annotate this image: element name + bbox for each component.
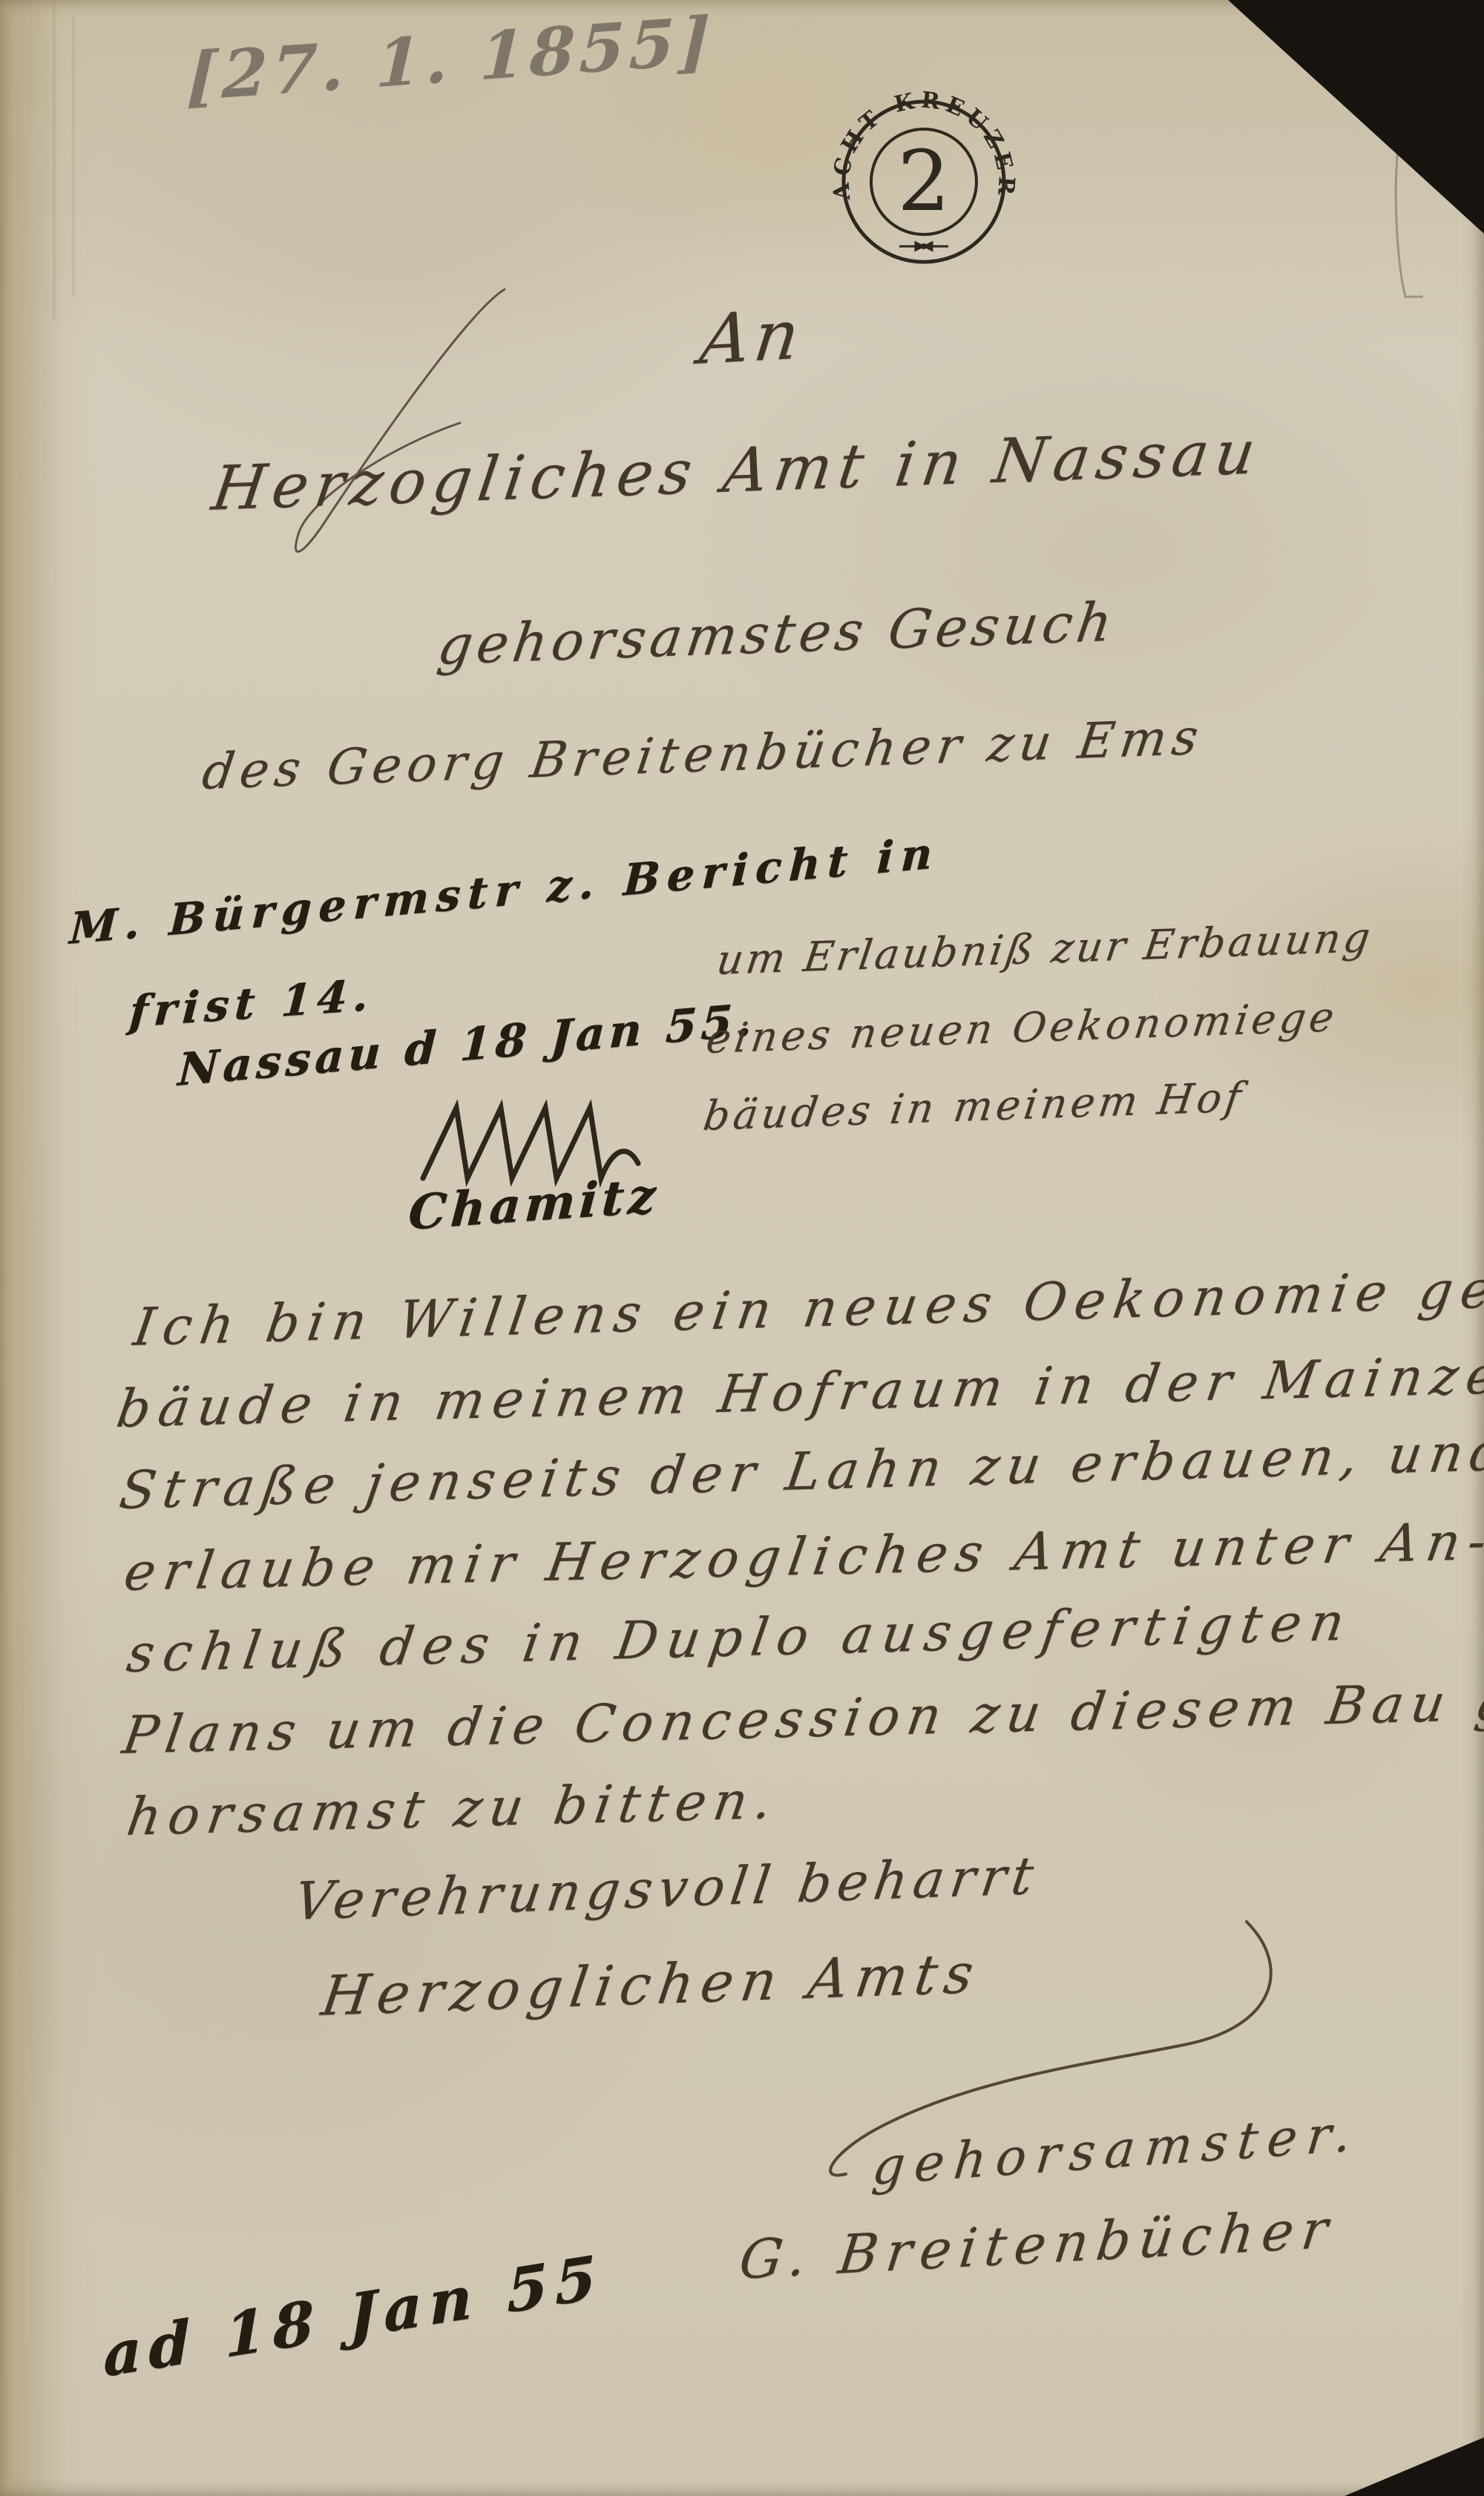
fee-stamp: ACHT KREUZER 2 (835, 93, 1012, 270)
stamp-ornament-icon (899, 243, 948, 250)
registry-note: ad 18 Jan 55 (102, 2241, 603, 2391)
paper-crease (73, 15, 74, 297)
letter-flourish (282, 267, 549, 579)
subject-line-1: gehorsamstes Gesuch (434, 591, 1120, 677)
marginal-note-line-2: frist 14. (128, 969, 375, 1037)
corner-fold-crease (1380, 141, 1425, 312)
petition-line-2: eines neuen Oekonomiege (703, 993, 1341, 1063)
subject-line-2: des Georg Breitenbücher zu Ems (199, 708, 1208, 801)
pencil-date-note: [27. 1. 1855] (185, 1, 715, 116)
paper-crease (53, 0, 55, 319)
salutation: An (696, 295, 808, 380)
body-line-6: Plans um die Concession zu diesem Bau ge… (119, 1669, 1484, 1766)
body-line-7: horsamst zu bitten. (123, 1770, 783, 1848)
body-line-5: schluß des in Duplo ausgefertigten (123, 1591, 1357, 1684)
body-line-2: bäude in meinem Hofraum in der Mainzer (113, 1344, 1484, 1439)
paper-sheet: [27. 1. 1855] ACHT KREUZER 2 An Herzogli… (0, 0, 1484, 2496)
signature: G. Breitenbücher (736, 2197, 1339, 2291)
body-line-3: Straße jenseits der Lahn zu erbauen, und (116, 1421, 1484, 1521)
petition-line-3: bäudes in meinem Hof (700, 1073, 1247, 1140)
scanned-document-scene: [27. 1. 1855] ACHT KREUZER 2 An Herzogli… (0, 0, 1484, 2496)
petition-line-1: um Erlaubniß zur Erbauung (714, 913, 1376, 984)
body-line-1: Ich bin Willens ein neues Oekonomie ge- (130, 1258, 1484, 1358)
stamp-value: 2 (897, 134, 950, 230)
body-line-4: erlaube mir Herzogliches Amt unter An- (120, 1511, 1484, 1603)
